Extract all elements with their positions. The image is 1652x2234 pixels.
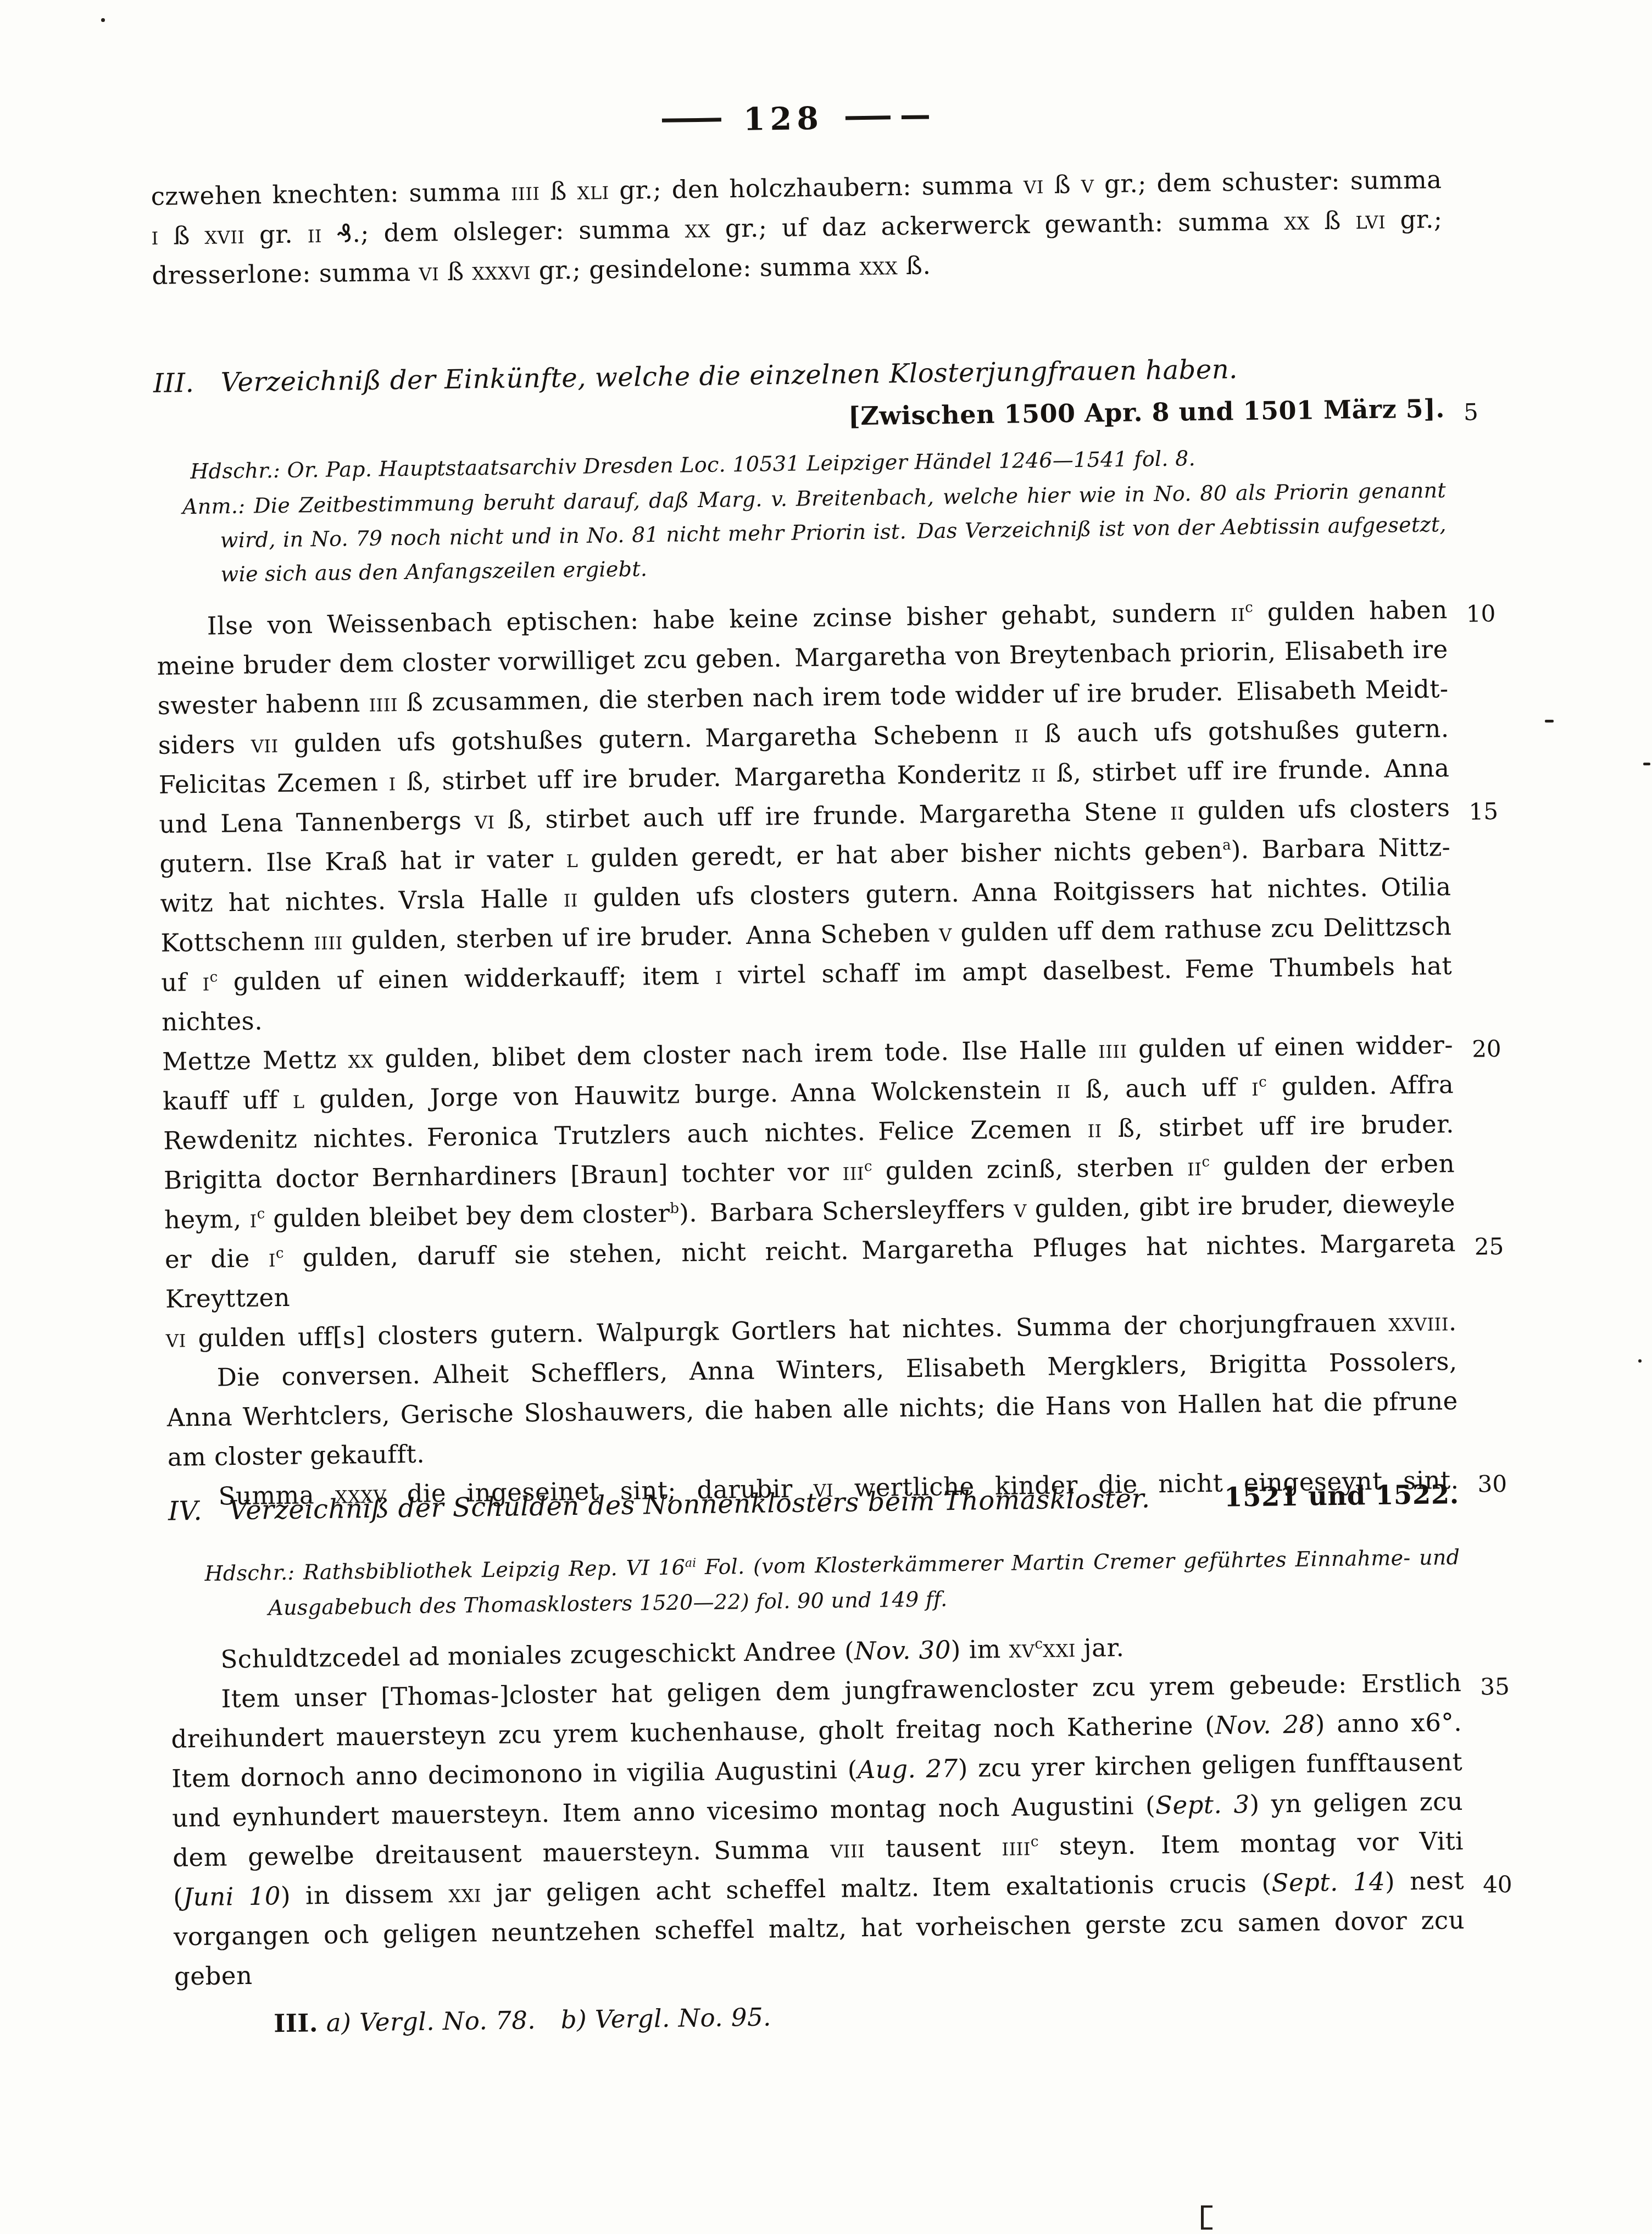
scan-speck [1643,763,1650,765]
section-iii-heading: III. Verzeichniß der Einkünfte, welche d… [153,346,1445,446]
header-rule-right [846,115,929,120]
continuation-paragraph: czwehen knechten: summa iiii ß xli gr.; … [151,160,1443,296]
scan-speck [1638,1359,1642,1363]
text-line: vorgangen och geligen neuntzehen scheffe… [174,1900,1466,1997]
footnote-label: III. [274,2008,319,2038]
margin-line-number: 25 [1474,1227,1504,1267]
header-rule-right-long [846,115,891,120]
scan-bracket-artifact [1201,2205,1212,2230]
margin-line-number: 40 [1483,1865,1512,1905]
page-header: 128 [150,92,1442,146]
footnote-text: a) Vergl. No. 78. b) Vergl. No. 95. [326,2002,772,2037]
section-iii-body: Ilse von Weissenbach eptischen: habe kei… [156,590,1459,1517]
scan-speck [101,18,105,22]
header-rule-left [662,118,721,122]
section-iii-date: [Zwischen 1500 Apr. 8 und 1501 März 5]. [848,393,1445,431]
margin-line-number: 10 [1466,594,1495,634]
section-iv-source-note: Hdschr.: Rathsbibliothek Leipzig Rep. VI… [169,1540,1460,1627]
scan-speck [1545,720,1554,723]
text-line: III. a) Vergl. No. 78. b) Vergl. No. 95. [175,1988,1466,2045]
header-rule-right-short [902,115,929,119]
scan-content: 128 czwehen knechten: summa iiii ß xli g… [148,0,1469,2234]
footnote: III. a) Vergl. No. 78. b) Vergl. No. 95. [175,1988,1466,2045]
section-iv-years: 1521 und 1522. [1224,1474,1460,1519]
margin-line-number: 15 [1469,792,1498,832]
margin-line-number: 20 [1472,1029,1501,1069]
section-iv-body: Schuldtzcedel ad moniales zcugeschickt A… [170,1624,1465,1997]
line-text: er die ic gulden, daruff sie stehen, nic… [165,1228,1456,1314]
section-iii-annotation: Anm.: Die Zeitbestimmung beruht darauf, … [155,473,1447,592]
margin-line-number: 35 [1480,1667,1510,1707]
page-number: 128 [743,100,824,138]
margin-line-number: 30 [1477,1464,1507,1504]
margin-line-number: 5 [1464,391,1479,433]
book-page-scan: 128 czwehen knechten: summa iiii ß xli g… [0,0,1652,2234]
